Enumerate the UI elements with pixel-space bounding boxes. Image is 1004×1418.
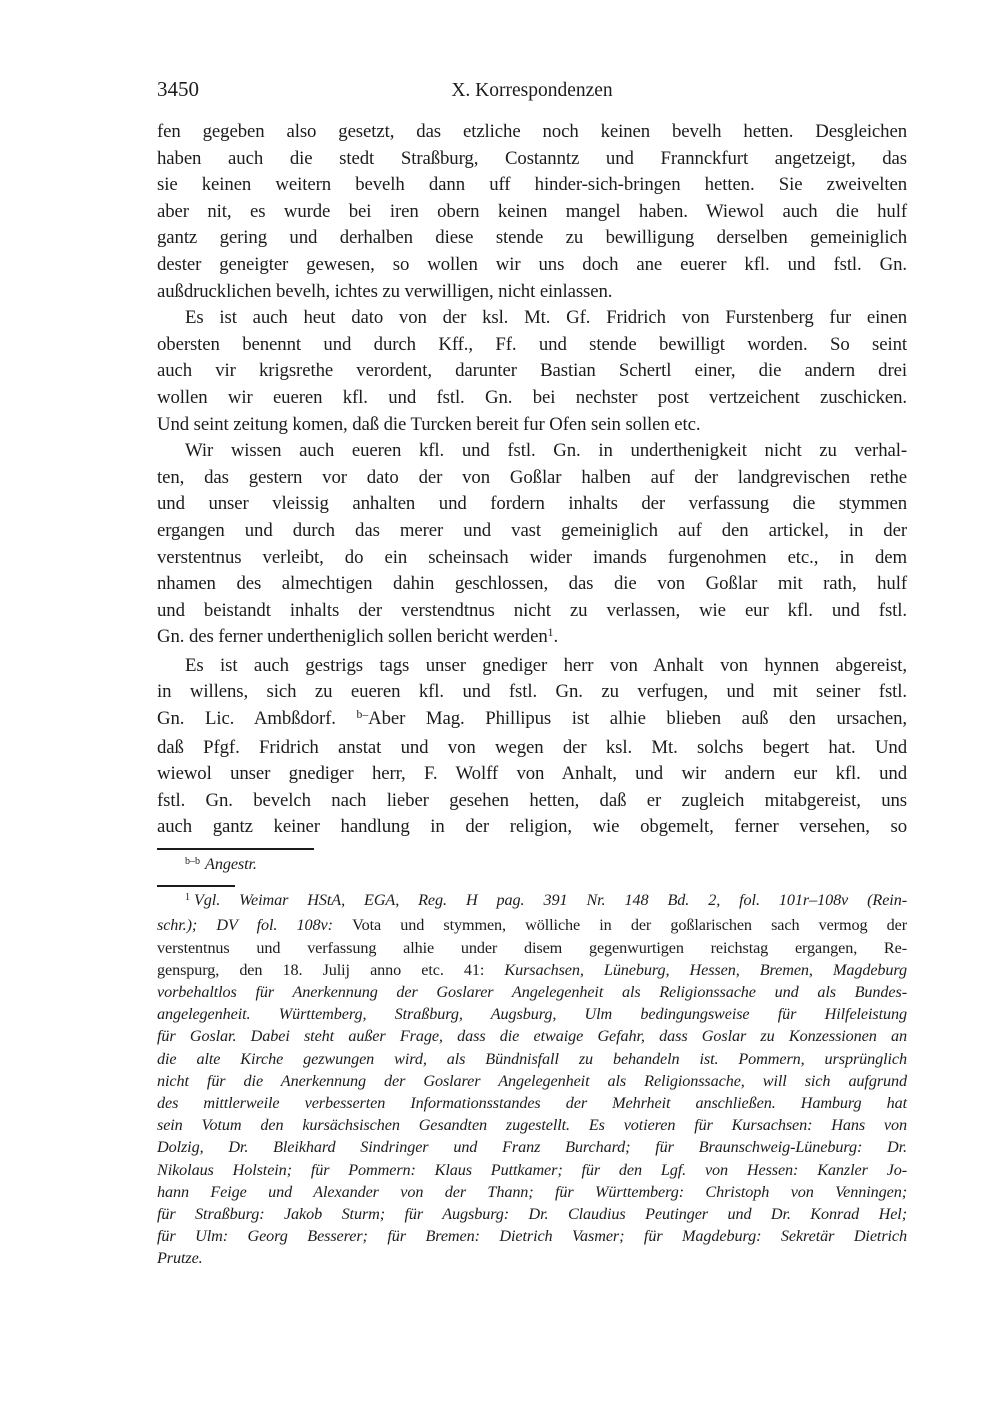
text-line: genspurg, den 18. Julij anno etc. 41: Ku… bbox=[157, 959, 907, 981]
text-segment: Aber Mag. Phillipus ist alhie blieben au… bbox=[368, 708, 907, 729]
text-segment: ergangen und durch das merer und vast ge… bbox=[157, 520, 907, 541]
text-segment: und beistandt inhalts der verstendtnus n… bbox=[157, 600, 907, 621]
text-line: angelegenheit. Württemberg, Straßburg, A… bbox=[157, 1003, 907, 1025]
text-column: 3450 X. Korrespondenzen fen gegeben also… bbox=[157, 76, 907, 1270]
text-segment: Wir wissen auch eueren kfl. und fstl. Gn… bbox=[185, 440, 907, 461]
text-line: außdrucklichen bevelh, ichtes zu verwill… bbox=[157, 279, 907, 306]
text-line: des mittlerweile verbesserten Informatio… bbox=[157, 1092, 907, 1114]
text-line: fstl. Gn. bevelch nach lieber gesehen he… bbox=[157, 788, 907, 815]
text-segment: daß Pfgf. Fridrich anstat und von wegen … bbox=[157, 737, 907, 758]
text-line: verstentnus und verfassung alhie under d… bbox=[157, 937, 907, 959]
text-segment: für Straßburg: Jakob Sturm; für Augsburg… bbox=[157, 1205, 907, 1223]
text-segment: sie keinen weitern bevelh dann uff hinde… bbox=[157, 174, 907, 195]
text-line: Gn. des ferner undertheniglich sollen be… bbox=[157, 624, 907, 653]
text-line: gantz gering und derhalben diese stende … bbox=[157, 225, 907, 252]
text-line: nicht für die Anerkennung der Goslarer A… bbox=[157, 1070, 907, 1092]
text-segment: dester geneigter gewesen, so wollen wir … bbox=[157, 254, 907, 275]
text-segment: fen gegeben also gesetzt, das etzliche n… bbox=[157, 121, 907, 142]
body-paragraph-4: Es ist auch gestrigs tags unser gnediger… bbox=[157, 653, 907, 841]
text-segment: wiewol unser gnediger herr, F. Wolff von… bbox=[157, 763, 907, 784]
text-line: wollen wir eueren kfl. und fstl. Gn. bei… bbox=[157, 385, 907, 412]
text-segment: Dolzig, Dr. Bleikhard Sindringer und Fra… bbox=[157, 1138, 907, 1156]
text-segment: Es ist auch gestrigs tags unser gnediger… bbox=[185, 655, 907, 676]
text-segment: nhamen des almechtigen dahin geschlossen… bbox=[157, 573, 907, 594]
text-segment: Und seint zeitung komen, daß die Turcken… bbox=[157, 414, 700, 435]
text-line: verstentnus verleibt, do ein scheinsach … bbox=[157, 545, 907, 572]
text-line: obersten benennt und durch Kff., Ff. und… bbox=[157, 332, 907, 359]
text-line: aber nit, es wurde bei iren obern keinen… bbox=[157, 199, 907, 226]
text-segment: und unser vleissig anhalten und fordern … bbox=[157, 493, 907, 514]
text-line: wiewol unser gnediger herr, F. Wolff von… bbox=[157, 761, 907, 788]
text-line: haben auch die stedt Straßburg, Costannt… bbox=[157, 146, 907, 173]
text-segment: auch vir krigsrethe verordent, darunter … bbox=[157, 360, 907, 381]
footnote-1: 1Vgl. Weimar HStA, EGA, Reg. H pag. 391 … bbox=[157, 889, 907, 1269]
text-segment: haben auch die stedt Straßburg, Costannt… bbox=[157, 148, 907, 169]
text-segment: obersten benennt und durch Kff., Ff. und… bbox=[157, 334, 907, 355]
text-line: für Goslar. Dabei steht außer Frage, das… bbox=[157, 1025, 907, 1047]
running-head-title: X. Korrespondenzen bbox=[157, 77, 907, 104]
text-line: Gn. Lic. Ambßdorf. b–Aber Mag. Phillipus… bbox=[157, 706, 907, 735]
text-line: für Straßburg: Jakob Sturm; für Augsburg… bbox=[157, 1203, 907, 1225]
text-line: hann Feige und Alexander von der Thann; … bbox=[157, 1181, 907, 1203]
text-segment: schr.); DV fol. 108v: bbox=[157, 916, 352, 934]
text-segment: Vgl. Weimar HStA, EGA, Reg. H pag. 391 N… bbox=[194, 891, 907, 909]
text-segment: genspurg, den 18. Julij anno etc. 41: bbox=[157, 961, 504, 979]
text-segment: Angestr. bbox=[205, 855, 257, 873]
text-line: Es ist auch gestrigs tags unser gnediger… bbox=[157, 653, 907, 680]
text-line: die alte Kirche gezwungen wird, als Bünd… bbox=[157, 1048, 907, 1070]
superscript-reference: 1 bbox=[548, 626, 554, 639]
text-line: in willens, sich zu eueren kfl. und fstl… bbox=[157, 679, 907, 706]
text-segment: Gn. Lic. Ambßdorf. bbox=[157, 708, 357, 729]
text-line: 1Vgl. Weimar HStA, EGA, Reg. H pag. 391 … bbox=[157, 889, 907, 914]
text-segment: ten, das gestern vor dato der von Goßlar… bbox=[157, 467, 907, 488]
text-line: dester geneigter gewesen, so wollen wir … bbox=[157, 252, 907, 279]
text-line: und beistandt inhalts der verstendtnus n… bbox=[157, 598, 907, 625]
footnote-separator-rule bbox=[157, 885, 235, 887]
text-segment: verstentnus verleibt, do ein scheinsach … bbox=[157, 547, 907, 568]
text-segment: außdrucklichen bevelh, ichtes zu verwill… bbox=[157, 281, 612, 302]
text-line: ergangen und durch das merer und vast ge… bbox=[157, 518, 907, 545]
text-line: Wir wissen auch eueren kfl. und fstl. Gn… bbox=[157, 438, 907, 465]
body-paragraph-3: Wir wissen auch eueren kfl. und fstl. Gn… bbox=[157, 438, 907, 653]
text-segment: aber nit, es wurde bei iren obern keinen… bbox=[157, 201, 907, 222]
text-line: für Ulm: Georg Besserer; für Bremen: Die… bbox=[157, 1225, 907, 1247]
text-segment: für Goslar. Dabei steht außer Frage, das… bbox=[157, 1027, 907, 1045]
text-segment: vorbehaltlos für Anerkennung der Goslare… bbox=[157, 983, 907, 1001]
text-line: b–bAngestr. bbox=[157, 853, 907, 878]
text-segment: Prutze. bbox=[157, 1249, 203, 1267]
text-line: vorbehaltlos für Anerkennung der Goslare… bbox=[157, 981, 907, 1003]
apparatus-note: b–bAngestr. bbox=[157, 853, 907, 878]
text-segment: nicht für die Anerkennung der Goslarer A… bbox=[157, 1072, 907, 1090]
superscript-reference: b– bbox=[357, 708, 369, 721]
text-line: Nikolaus Holstein; für Pommern: Klaus Pu… bbox=[157, 1159, 907, 1181]
running-head: 3450 X. Korrespondenzen bbox=[157, 76, 907, 103]
text-line: und unser vleissig anhalten und fordern … bbox=[157, 491, 907, 518]
text-line: Es ist auch heut dato von der ksl. Mt. G… bbox=[157, 305, 907, 332]
superscript-reference: 1 bbox=[185, 892, 190, 903]
text-segment: hann Feige und Alexander von der Thann; … bbox=[157, 1183, 907, 1201]
text-segment: Gn. des ferner undertheniglich sollen be… bbox=[157, 626, 548, 647]
body-text: fen gegeben also gesetzt, das etzliche n… bbox=[157, 119, 907, 841]
text-line: schr.); DV fol. 108v: Vota und stymmen, … bbox=[157, 914, 907, 936]
text-line: nhamen des almechtigen dahin geschlossen… bbox=[157, 571, 907, 598]
text-segment: Es ist auch heut dato von der ksl. Mt. G… bbox=[185, 307, 907, 328]
text-segment: angelegenheit. Württemberg, Straßburg, A… bbox=[157, 1005, 907, 1023]
text-segment: auch gantz keiner handlung in der religi… bbox=[157, 816, 907, 837]
text-segment: in willens, sich zu eueren kfl. und fstl… bbox=[157, 681, 907, 702]
text-line: Dolzig, Dr. Bleikhard Sindringer und Fra… bbox=[157, 1136, 907, 1158]
text-segment: Nikolaus Holstein; für Pommern: Klaus Pu… bbox=[157, 1161, 907, 1179]
text-line: ten, das gestern vor dato der von Goßlar… bbox=[157, 465, 907, 492]
text-segment: Vota und stymmen, wölliche in der goßlar… bbox=[352, 916, 907, 934]
body-paragraph-1: fen gegeben also gesetzt, das etzliche n… bbox=[157, 119, 907, 305]
text-segment: verstentnus und verfassung alhie under d… bbox=[157, 939, 907, 957]
apparatus-separator-rule bbox=[157, 848, 314, 850]
text-segment: fstl. Gn. bevelch nach lieber gesehen he… bbox=[157, 790, 907, 811]
text-line: fen gegeben also gesetzt, das etzliche n… bbox=[157, 119, 907, 146]
body-paragraph-2: Es ist auch heut dato von der ksl. Mt. G… bbox=[157, 305, 907, 438]
book-page: 3450 X. Korrespondenzen fen gegeben also… bbox=[0, 0, 1004, 1418]
text-segment: Kursachsen, Lüneburg, Hessen, Bremen, Ma… bbox=[504, 961, 907, 979]
text-line: Und seint zeitung komen, daß die Turcken… bbox=[157, 412, 907, 439]
text-line: auch vir krigsrethe verordent, darunter … bbox=[157, 358, 907, 385]
text-segment: sein Votum den kursächsischen Gesandten … bbox=[157, 1116, 907, 1134]
text-segment: gantz gering und derhalben diese stende … bbox=[157, 227, 907, 248]
text-line: Prutze. bbox=[157, 1247, 907, 1269]
text-line: sein Votum den kursächsischen Gesandten … bbox=[157, 1114, 907, 1136]
text-line: auch gantz keiner handlung in der religi… bbox=[157, 814, 907, 841]
text-line: sie keinen weitern bevelh dann uff hinde… bbox=[157, 172, 907, 199]
text-segment: des mittlerweile verbesserten Informatio… bbox=[157, 1094, 907, 1112]
text-segment: die alte Kirche gezwungen wird, als Bünd… bbox=[157, 1050, 907, 1068]
text-segment: wollen wir eueren kfl. und fstl. Gn. bei… bbox=[157, 387, 907, 408]
text-segment: für Ulm: Georg Besserer; für Bremen: Die… bbox=[157, 1227, 907, 1245]
text-segment: . bbox=[553, 626, 558, 647]
text-line: daß Pfgf. Fridrich anstat und von wegen … bbox=[157, 735, 907, 762]
superscript-reference: b–b bbox=[185, 856, 200, 867]
